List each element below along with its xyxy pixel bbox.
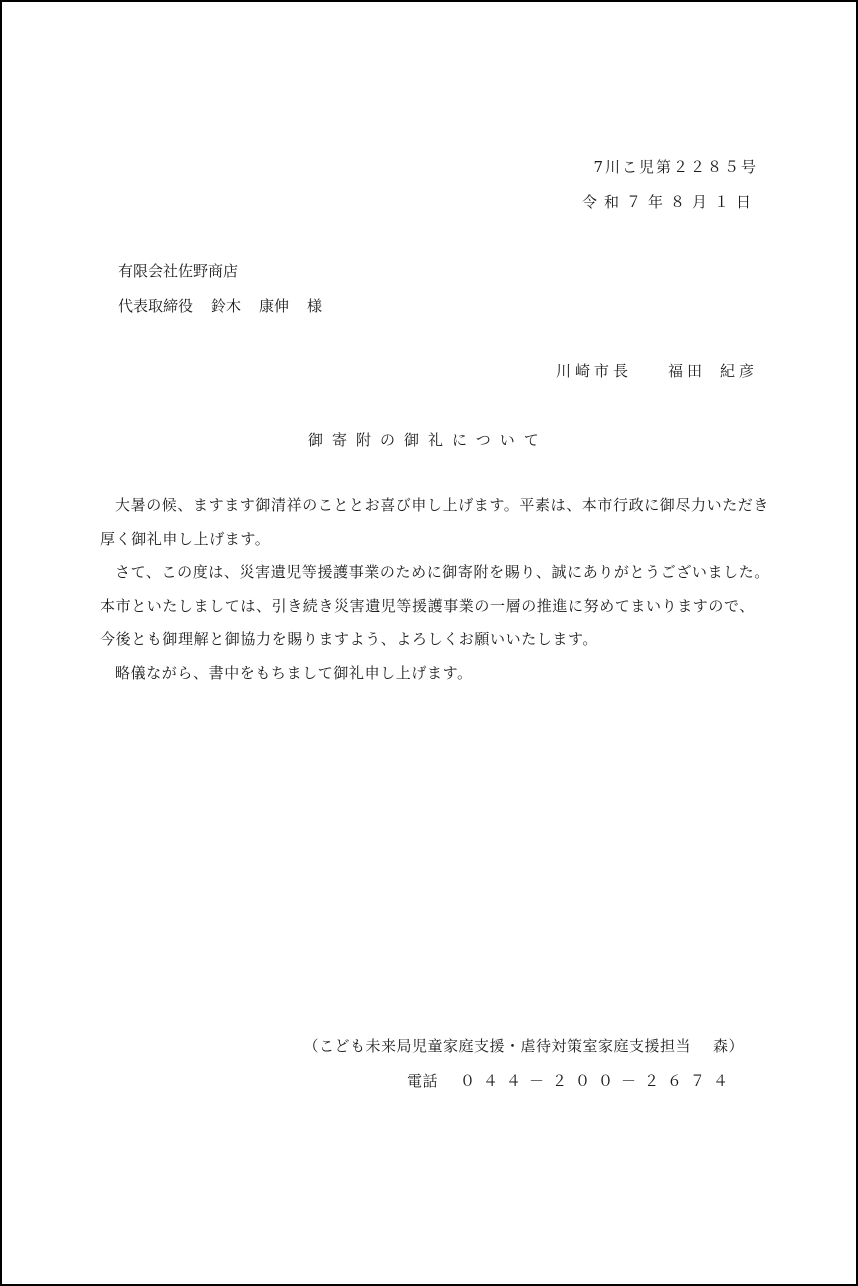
body-paragraph: 大暑の候、ますます御清祥のこととお喜び申し上げます。平素は、本市行政に御尽力いた… [100, 489, 770, 556]
letter-subject: 御寄附の御礼について [308, 429, 548, 450]
recipient-given-name: 康伸 [259, 297, 289, 315]
recipient-honorific: 様 [307, 297, 322, 315]
recipient-title: 代表取締役 [118, 297, 193, 315]
document-date: 令和７年８月１日 [582, 191, 758, 212]
contact-department-name: （こども未来局児童家庭支援・虐待対策室家庭支援担当 [303, 1037, 691, 1055]
recipient-person: 代表取締役鈴木康伸様 [118, 295, 340, 316]
recipient-family-name: 鈴木 [211, 297, 241, 315]
contact-person: 森） [713, 1037, 744, 1055]
body-paragraph: さて、この度は、災害遺児等援護事業のために御寄附を賜り、誠にありがとうございまし… [100, 556, 770, 657]
contact-department: （こども未来局児童家庭支援・虐待対策室家庭支援担当森） [303, 1035, 744, 1056]
sender-family-name: 福田 [668, 362, 706, 380]
contact-phone: 電話０４４－２００－２６７４ [407, 1070, 736, 1091]
body-paragraph: 略儀ながら、書中をもちまして御礼申し上げます。 [100, 657, 770, 691]
sender-title: 川崎市長 [556, 362, 632, 380]
letter-page: 7川こ児第２２８５号 令和７年８月１日 有限会社佐野商店 代表取締役鈴木康伸様 … [0, 0, 858, 1286]
letter-body: 大暑の候、ますます御清祥のこととお喜び申し上げます。平素は、本市行政に御尽力いた… [100, 489, 770, 690]
phone-number: ０４４－２００－２６７４ [460, 1072, 736, 1090]
sender: 川崎市長福田紀彦 [556, 360, 758, 381]
recipient-company: 有限会社佐野商店 [118, 260, 238, 281]
sender-given-name: 紀彦 [720, 362, 758, 380]
document-number: 7川こ児第２２８５号 [593, 156, 758, 177]
phone-label: 電話 [407, 1072, 438, 1090]
